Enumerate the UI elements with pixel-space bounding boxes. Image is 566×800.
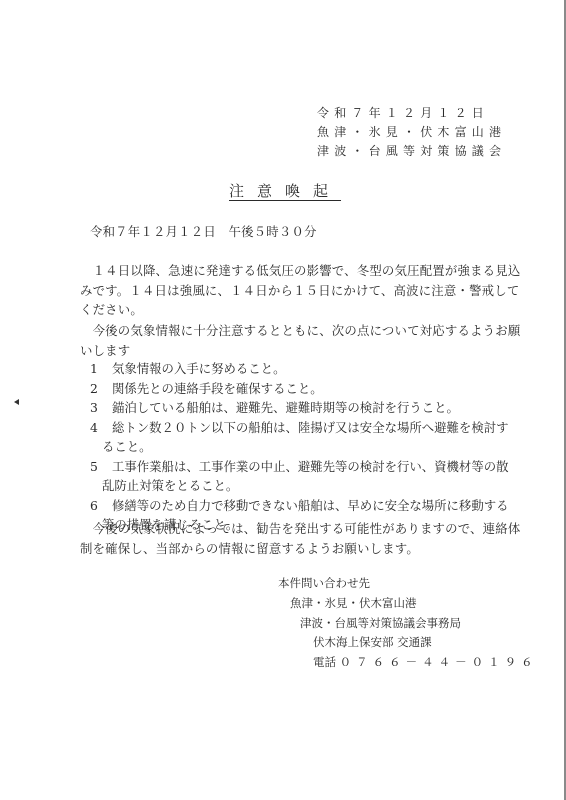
- contact-office: 伏木海上保安部 交通課: [313, 633, 432, 653]
- paragraph-line: 制を確保し、当部からの情報に留意するようお願いします。: [80, 539, 520, 559]
- document-title: 注意喚起: [229, 180, 341, 201]
- paragraph-line: いします: [80, 341, 520, 361]
- contact-heading: 本件問い合わせ先: [278, 574, 370, 594]
- paragraph-line: １４日以降、急速に発達する低気圧の影響で、冬型の気圧配置が強まる見込: [80, 261, 520, 281]
- list-item: 3錨泊している船舶は、避難先、避難時期等の検討を行うこと。: [90, 398, 509, 418]
- paragraph-forecast: １４日以降、急速に発達する低気圧の影響で、冬型の気圧配置が強まる見込 みです。１…: [80, 261, 520, 320]
- header-date: 令和７年１２月１２日: [317, 104, 489, 123]
- margin-arrow-mark: [14, 399, 19, 405]
- paragraph-line: ください。: [80, 300, 520, 320]
- contact-phone-row: 電話 ０７６６－４４－０１９６: [313, 653, 538, 673]
- header-org-line1: 魚津・氷見・伏木富山港: [317, 123, 506, 142]
- paragraph-line: 今後の気象状況によっては、勧告を発出する可能性がありますので、連絡体: [80, 519, 520, 539]
- phone-label: 電話: [313, 655, 336, 669]
- list-item: 2関係先との連絡手段を確保すること。: [90, 379, 509, 399]
- issued-datetime: 令和７年１２月１２日 午後５時３０分: [90, 222, 317, 242]
- action-list: 1気象情報の入手に努めること。 2関係先との連絡手段を確保すること。 3錨泊して…: [90, 359, 509, 535]
- paragraph-request: 今後の気象情報に十分注意するとともに、次の点について対応するようお願 いします: [80, 321, 520, 360]
- list-item: 5工事作業船は、工事作業の中止、避難先等の検討を行い、資機材等の散乱防止対策をと…: [90, 457, 509, 496]
- header-org-line2: 津波・台風等対策協議会: [317, 142, 506, 161]
- paragraph-line: みです。１４日は強風に、１４日から１５日にかけて、高波に注意・警戒して: [80, 281, 520, 301]
- paragraph-advisory: 今後の気象状況によっては、勧告を発出する可能性がありますので、連絡体 制を確保し…: [80, 519, 520, 558]
- list-item: 1気象情報の入手に努めること。: [90, 359, 509, 379]
- contact-org1: 魚津・氷見・伏木富山港: [290, 594, 417, 614]
- contact-org2: 津波・台風等対策協議会事務局: [300, 614, 461, 634]
- paragraph-line: 今後の気象情報に十分注意するとともに、次の点について対応するようお願: [80, 321, 520, 341]
- phone-number: ０７６６－４４－０１９６: [340, 655, 538, 669]
- list-item: 4総トン数２０トン以下の船舶は、陸揚げ又は安全な場所へ避難を検討すること。: [90, 418, 509, 457]
